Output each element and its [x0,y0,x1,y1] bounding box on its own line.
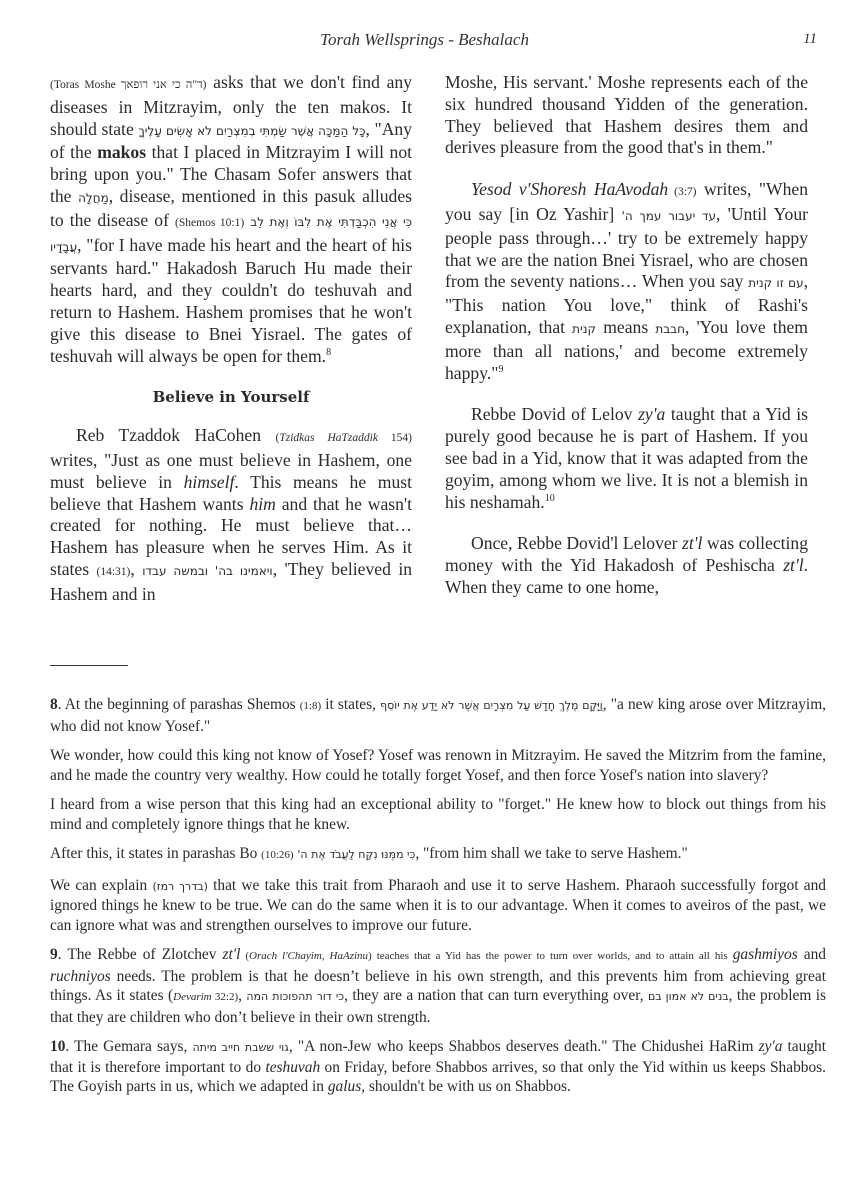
hebrew-quote: עם זו קנית [748,276,803,290]
footnote-number: 10 [50,1038,65,1055]
footnote-paragraph: I heard from a wise person that this kin… [50,795,826,834]
footnote-paragraph: We can explain (בדרך רמז) that we take t… [50,876,826,936]
hebrew-quote: גוי ששבת חייב מיתה [193,1041,289,1054]
footnotes: 8. At the beginning of parashas Shemos (… [50,695,826,1107]
section-heading: Believe in Yourself [50,387,412,409]
footnote-paragraph: We wonder, how could this king not know … [50,746,826,785]
paragraph: Moshe, His servant.' Moshe represents ea… [445,72,808,159]
paragraph: Rebbe Dovid of Lelov zy'a taught that a … [445,404,808,513]
source-citation: (10:26) [261,849,293,861]
paragraph: (Toras Moshe ד"ה כי אני רופאך) asks that… [50,72,412,367]
footnote-number: 8 [50,696,58,713]
hebrew-quote: כי דור תהפוכות המה [246,990,344,1003]
source-citation: (Shemos 10:1) [175,217,244,229]
footnote-number: 9 [50,946,58,963]
source-citation: Orach l'Chayim, HaAzinu [249,950,368,962]
hebrew-quote: כִּי מִמֶּנּוּ נִקַּח לַעֲבֹד אֶת ה' [297,848,415,861]
source-citation: Devarim [173,991,212,1003]
source-citation: (1:8) [300,700,321,712]
paragraph: Reb Tzaddok HaCohen (Tzidkas HaTzaddik 1… [50,425,412,605]
source-citation: (3:7) [668,186,696,198]
footnote-ref[interactable]: 9 [498,364,503,375]
footnote-ref[interactable]: 8 [326,347,331,358]
source-citation: (Toras Moshe ד"ה כי אני רופאך) [50,79,206,91]
hebrew-quote: עד יעבור עמך ה' [622,209,717,223]
left-column: (Toras Moshe ד"ה כי אני רופאך) asks that… [50,72,412,626]
footnote-10: 10. The Gemara says, גוי ששבת חייב מיתה,… [50,1037,826,1097]
hebrew-quote: מַחֲלָה [78,191,109,205]
page-number: 11 [803,31,817,48]
hebrew-quote: וַיָּקָם מֶלֶךְ חָדָשׁ עַל מִצְרָיִם אֲש… [380,699,603,712]
paragraph: Yesod v'Shoresh HaAvodah (3:7) writes, "… [445,179,808,384]
hebrew-quote: קנית [572,322,596,336]
footnote-8: 8. At the beginning of parashas Shemos (… [50,695,826,736]
running-head: Torah Wellsprings - Beshalach 11 [0,30,849,52]
footnote-9: 9. The Rebbe of Zlotchev zt'l (Orach l'C… [50,945,826,1027]
hebrew-quote: כָּל הַמַּכָּה אֲשֶׁר שַׂמְתִּי בְמִצְרַ… [138,124,365,138]
source-citation: (בדרך רמז) [152,880,207,893]
paragraph: Once, Rebbe Dovid'l Lelover zt'l was col… [445,533,808,598]
footnote-paragraph: After this, it states in parashas Bo (10… [50,844,826,866]
footnote-ref[interactable]: 10 [545,493,555,504]
source-citation: (Tzidkas HaTzaddik 154) [276,432,412,444]
hebrew-quote: בנים לא אמון בם [648,990,729,1003]
source-citation: (14:31) [97,566,131,578]
footnote-separator [50,665,128,666]
hebrew-quote: חבבת [655,322,685,336]
running-title: Torah Wellsprings - Beshalach [0,30,849,50]
right-column: Moshe, His servant.' Moshe represents ea… [445,72,808,619]
hebrew-quote: ויאמינו בה' ובמשה עבדו [142,564,272,578]
